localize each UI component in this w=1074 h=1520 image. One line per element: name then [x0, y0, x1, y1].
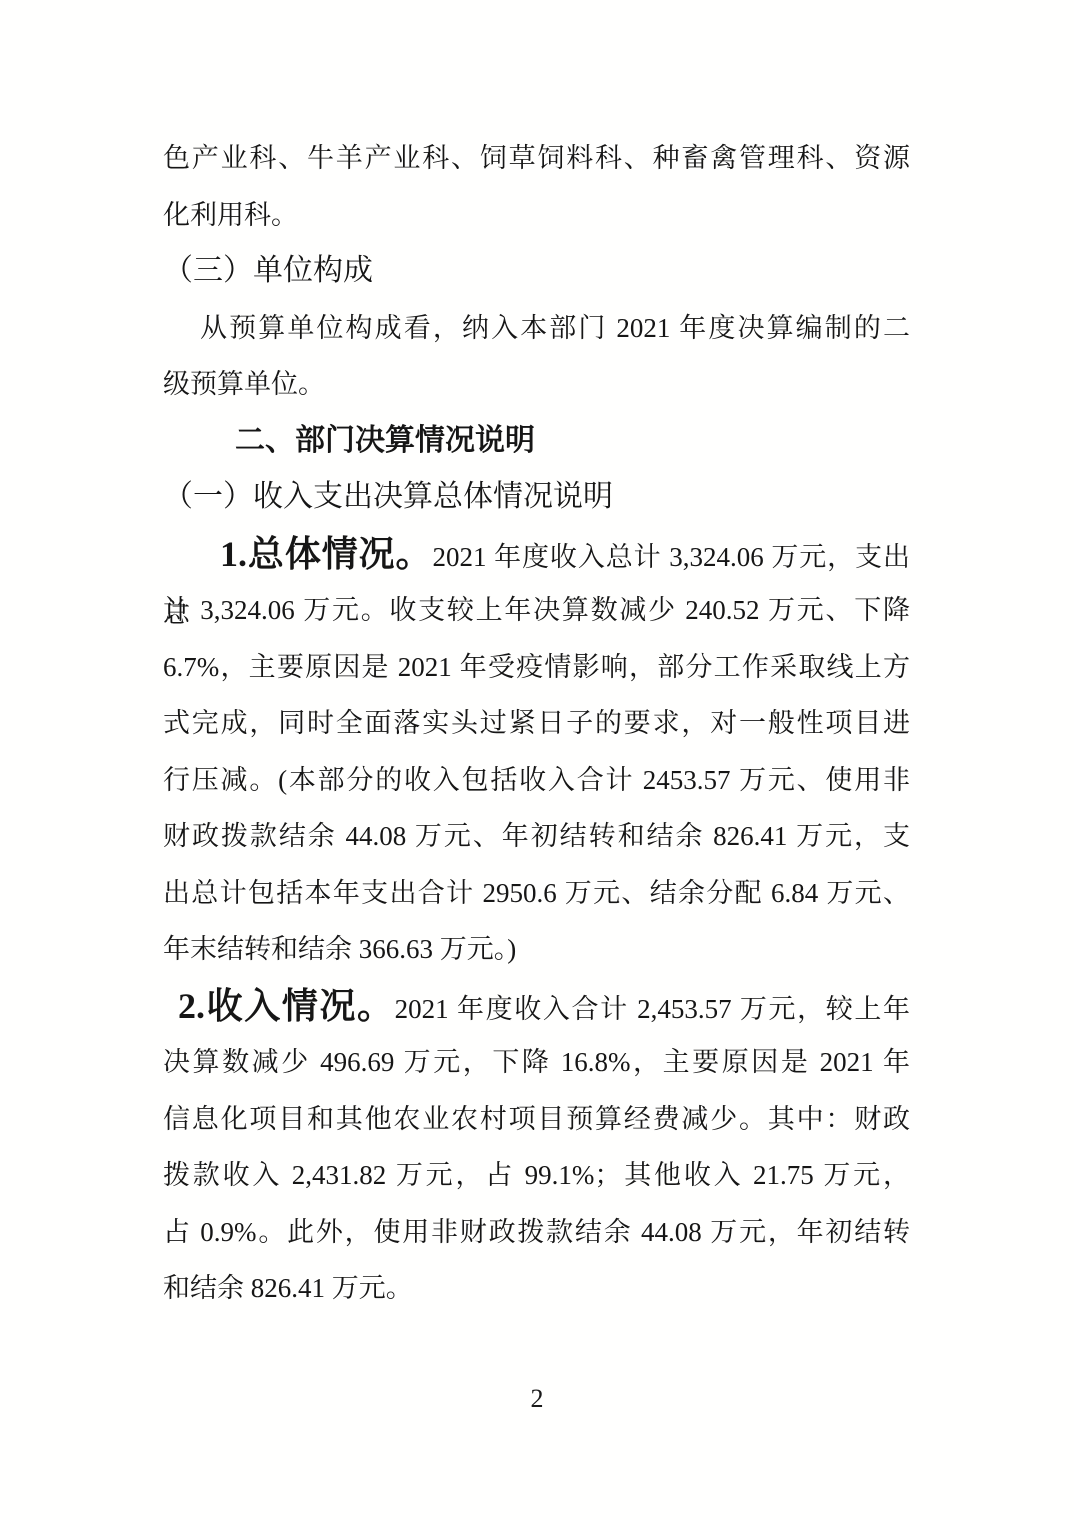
text-line: 财政拨款结余 44.08 万元、年初结转和结余 826.41 万元，支: [163, 808, 910, 865]
text-line: 信息化项目和其他农业农村项目预算经费减少。其中：财政: [163, 1091, 910, 1148]
text-run: 2021 年度收入合计 2,453.57 万元，较上年: [395, 994, 910, 1024]
income-situation-lead: 2.收入情况。: [178, 986, 395, 1026]
text-line: 和结余 826.41 万元。: [163, 1260, 910, 1317]
text-line: 1.总体情况。2021 年度收入总计 3,324.06 万元，支出总: [163, 526, 910, 583]
text-line: 从预算单位构成看，纳入本部门 2021 年度决算编制的二: [163, 300, 910, 357]
heading-income-expenditure-overview: （一）收入支出决算总体情况说明: [163, 469, 910, 526]
text-line: 式完成，同时全面落实头过紧日子的要求，对一般性项目进: [163, 695, 910, 752]
text-line: 化利用科。: [163, 187, 910, 244]
text-line: 出总计包括本年支出合计 2950.6 万元、结余分配 6.84 万元、: [163, 865, 910, 922]
page-number: 2: [0, 1384, 1074, 1414]
text-line: 色产业科、牛羊产业科、饲草饲料科、种畜禽管理科、资源: [163, 130, 910, 187]
text-line: 计 3,324.06 万元。收支较上年决算数减少 240.52 万元、下降: [163, 582, 910, 639]
text-line: 级预算单位。: [163, 356, 910, 413]
overall-situation-lead: 1.总体情况。: [220, 534, 432, 574]
heading-unit-composition: （三）单位构成: [163, 243, 910, 300]
text-line: 年末结转和结余 366.63 万元。): [163, 921, 910, 978]
text-line: 6.7%，主要原因是 2021 年受疫情影响，部分工作采取线上方: [163, 639, 910, 696]
text-line: 行压减。(本部分的收入包括收入合计 2453.57 万元、使用非: [163, 752, 910, 809]
document-body: 色产业科、牛羊产业科、饲草饲料科、种畜禽管理科、资源 化利用科。 （三）单位构成…: [163, 130, 910, 1317]
heading-final-accounts-statement: 二、部门决算情况说明: [163, 413, 910, 470]
text-line: 占 0.9%。此外，使用非财政拨款结余 44.08 万元，年初结转: [163, 1204, 910, 1261]
text-line: 决算数减少 496.69 万元，下降 16.8%，主要原因是 2021 年: [163, 1034, 910, 1091]
text-line: 2.收入情况。2021 年度收入合计 2,453.57 万元，较上年: [163, 978, 910, 1035]
document-page: 色产业科、牛羊产业科、饲草饲料科、种畜禽管理科、资源 化利用科。 （三）单位构成…: [0, 0, 1074, 1520]
text-line: 拨款收入 2,431.82 万元，占 99.1%；其他收入 21.75 万元，: [163, 1147, 910, 1204]
